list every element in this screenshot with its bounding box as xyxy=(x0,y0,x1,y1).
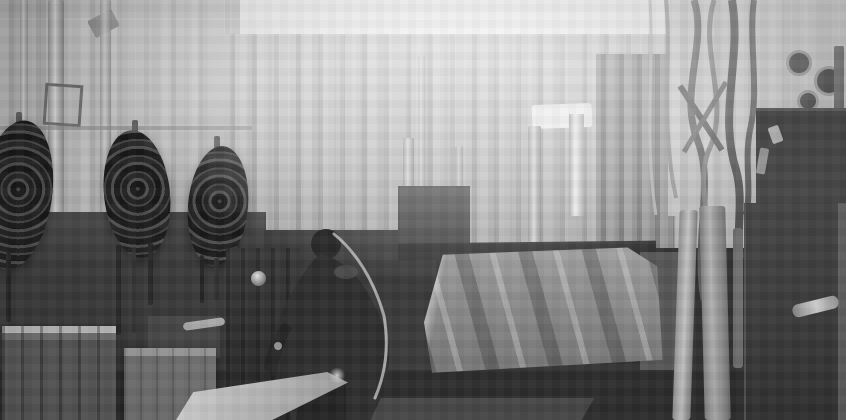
hose-tail-3 xyxy=(148,243,153,305)
gauge-glint xyxy=(251,271,266,286)
hose-tail-4 xyxy=(200,255,204,303)
hanging-hose-strip-2 xyxy=(699,206,731,420)
bright-pipe-center xyxy=(569,114,584,216)
floor-glint xyxy=(328,368,346,383)
hose-tail-6 xyxy=(6,252,11,322)
hanging-hose-strip-3 xyxy=(733,228,743,368)
hose-tail-1 xyxy=(116,245,121,335)
cabinet-edge-highlight xyxy=(838,203,846,420)
wall-pipe-center-4 xyxy=(528,126,541,250)
wall-box-right xyxy=(756,108,846,215)
hose-tail-5 xyxy=(214,258,219,300)
wall-bracket-frame xyxy=(43,83,84,128)
photo-canvas xyxy=(0,0,846,420)
corner-pipe-right xyxy=(834,46,844,110)
wooden-crate xyxy=(2,326,116,420)
valve-knob-1 xyxy=(786,50,812,76)
hose-tail-2 xyxy=(132,248,136,333)
